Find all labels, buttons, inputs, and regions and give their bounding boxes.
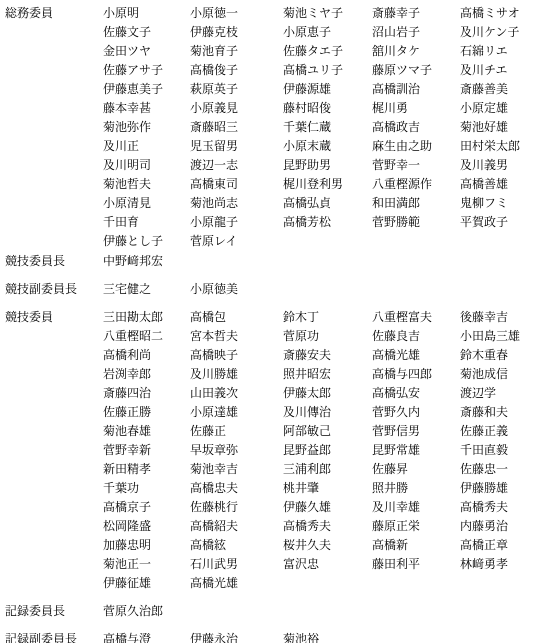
member-name: 高橋秀夫 — [460, 498, 548, 517]
member-name: 伊藤源雄 — [283, 80, 372, 99]
member-name: 及川幸雄 — [372, 498, 460, 517]
member-name: 小原徳美 — [190, 280, 283, 299]
member-name: 梶川勇 — [372, 99, 460, 118]
member-name: 佐藤正勝 — [103, 403, 190, 422]
member-name: 高橋利尚 — [103, 346, 190, 365]
member-name: 藤村昭俊 — [283, 99, 372, 118]
member-name: 児玉留男 — [190, 137, 283, 156]
member-name: 松岡隆盛 — [103, 517, 190, 536]
member-name: 高橋弘貞 — [283, 194, 372, 213]
name-column: 斎藤幸子沼山岩子舘川タケ藤原ツマ子高橋訓治梶川勇高橋政吉麻生由之助菅野幸一八重樫… — [372, 4, 460, 232]
section-label: 記録副委員長 — [5, 630, 103, 643]
member-name: 高橋新 — [372, 536, 460, 555]
member-name: 三宅健之 — [103, 280, 190, 299]
member-name: 三田勘太郎 — [103, 308, 190, 327]
member-name: 及川傳治 — [283, 403, 372, 422]
member-name: 伊藤征雄 — [103, 574, 190, 593]
member-name: 小原明 — [103, 4, 190, 23]
member-name: 沼山岩子 — [372, 23, 460, 42]
member-name: 小原徳一 — [190, 4, 283, 23]
member-name: 千田育 — [103, 213, 190, 232]
member-name: 田村栄太郎 — [460, 137, 548, 156]
member-name: 渡辺学 — [460, 384, 548, 403]
member-name: 小原清見 — [103, 194, 190, 213]
member-name: 菊池幸吉 — [190, 460, 283, 479]
member-name: 小田島三雄 — [460, 327, 548, 346]
member-name: 藤原ツマ子 — [372, 61, 460, 80]
name-column: 鈴木丁菅原功斎藤安夫照井昭宏伊藤太郎及川傳治阿部敏己昆野益郎三浦利郎桃井肇伊藤久… — [283, 308, 372, 574]
member-name: 佐藤正 — [190, 422, 283, 441]
member-name: 高橋善雄 — [460, 175, 548, 194]
member-name: 高橋訓治 — [372, 80, 460, 99]
name-column: 小原徳美 — [190, 280, 283, 299]
member-name: 高橋政吉 — [372, 118, 460, 137]
member-name: 及川明司 — [103, 156, 190, 175]
member-name: 高橋絃 — [190, 536, 283, 555]
committee-roster: 総務委員小原明佐藤文子金田ツヤ佐藤アサ子伊藤恵美子藤本幸甚菊池弥作及川正及川明司… — [0, 0, 548, 643]
member-name: 菅野幸一 — [372, 156, 460, 175]
member-name: 高橋俊子 — [190, 61, 283, 80]
member-name: 石綿リエ — [460, 42, 548, 61]
name-column: 菊池裕 — [283, 630, 372, 643]
member-name: 渡辺一志 — [190, 156, 283, 175]
member-name: 菊池弥作 — [103, 118, 190, 137]
name-column: 小原徳一伊藤克枝菊池育子高橋俊子萩原英子小原義見斎藤昭三児玉留男渡辺一志高橋東司… — [190, 4, 283, 251]
member-name: 小原義見 — [190, 99, 283, 118]
member-name: 佐藤アサ子 — [103, 61, 190, 80]
member-name: 高橋包 — [190, 308, 283, 327]
section-label: 記録委員長 — [5, 602, 103, 621]
member-name: 菅原久治郎 — [103, 602, 190, 621]
member-name: 高橋光雄 — [190, 574, 283, 593]
member-name: 及川勝雄 — [190, 365, 283, 384]
member-name: 伊藤太郎 — [283, 384, 372, 403]
member-name: 高橋忠夫 — [190, 479, 283, 498]
name-column: 高橋ミサオ及川ケン子石綿リエ及川チエ斎藤善美小原定雄菊池好雄田村栄太郎及川義男高… — [460, 4, 548, 232]
member-name: 菊池育子 — [190, 42, 283, 61]
member-name: 新田精孝 — [103, 460, 190, 479]
member-name: 八重樫富夫 — [372, 308, 460, 327]
roster-section: 競技委員三田勘太郎八重樫昭二高橋利尚岩渕幸郎斎藤四治佐藤正勝菊池春雄菅野幸新新田… — [5, 308, 548, 593]
name-column: 菊池ミヤ子小原恵子佐藤タエ子高橋ユリ子伊藤源雄藤村昭俊千葉仁蔵小原末蔵昆野助男梶… — [283, 4, 372, 232]
name-column: 後藤幸吉小田島三雄鈴木重春菊池成信渡辺学斎藤和夫佐藤正義千田直毅佐藤忠一伊藤勝雄… — [460, 308, 548, 574]
member-name: 鈴木重春 — [460, 346, 548, 365]
member-name: 及川正 — [103, 137, 190, 156]
member-name: 萩原英子 — [190, 80, 283, 99]
member-name: 小原定雄 — [460, 99, 548, 118]
member-name: 藤原正栄 — [372, 517, 460, 536]
member-name: 林﨑勇孝 — [460, 555, 548, 574]
member-name: 伊藤克枝 — [190, 23, 283, 42]
member-name: 菊池成信 — [460, 365, 548, 384]
name-column: 高橋与澄 — [103, 630, 190, 643]
roster-section: 競技委員長中野﨑邦宏 — [5, 252, 548, 271]
member-name: 昆野益郎 — [283, 441, 372, 460]
member-name: 高橋弘安 — [372, 384, 460, 403]
member-name: 早坂章弥 — [190, 441, 283, 460]
roster-section: 競技副委員長三宅健之小原徳美 — [5, 280, 548, 299]
member-name: 佐藤正義 — [460, 422, 548, 441]
name-column: 菅原久治郎 — [103, 602, 190, 621]
member-name: 菊池哲夫 — [103, 175, 190, 194]
member-name: 高橋芳松 — [283, 213, 372, 232]
member-name: 桜井久夫 — [283, 536, 372, 555]
member-name: 千葉仁蔵 — [283, 118, 372, 137]
member-name: 八重樫昭二 — [103, 327, 190, 346]
member-name: 斎藤善美 — [460, 80, 548, 99]
member-name: 佐藤文子 — [103, 23, 190, 42]
member-name: 阿部敏己 — [283, 422, 372, 441]
member-name: 伊藤勝雄 — [460, 479, 548, 498]
member-name: 藤本幸甚 — [103, 99, 190, 118]
member-name: 高橋東司 — [190, 175, 283, 194]
name-column: 伊藤永治 — [190, 630, 283, 643]
member-name: 梶川登利男 — [283, 175, 372, 194]
section-label: 競技委員長 — [5, 252, 103, 271]
member-name: 菊池尚志 — [190, 194, 283, 213]
member-name: 岩渕幸郎 — [103, 365, 190, 384]
roster-section: 記録副委員長高橋与澄伊藤永治菊池裕 — [5, 630, 548, 643]
member-name: 斎藤和夫 — [460, 403, 548, 422]
member-name: 藤田利平 — [372, 555, 460, 574]
section-label: 競技副委員長 — [5, 280, 103, 299]
roster-section: 記録委員長菅原久治郎 — [5, 602, 548, 621]
member-name: 三浦利郎 — [283, 460, 372, 479]
member-name: 斎藤四治 — [103, 384, 190, 403]
member-name: 及川ケン子 — [460, 23, 548, 42]
member-name: 菅原功 — [283, 327, 372, 346]
member-name: 高橋与澄 — [103, 630, 190, 643]
member-name: 高橋京子 — [103, 498, 190, 517]
name-column: 中野﨑邦宏 — [103, 252, 190, 271]
member-name: 昆野助男 — [283, 156, 372, 175]
member-name: 佐藤桃行 — [190, 498, 283, 517]
member-name: 八重樫源作 — [372, 175, 460, 194]
name-column: 高橋包宮本哲夫高橋映子及川勝雄山田義次小原達雄佐藤正早坂章弥菊池幸吉高橋忠夫佐藤… — [190, 308, 283, 593]
member-name: 菊池正一 — [103, 555, 190, 574]
member-name: 斎藤幸子 — [372, 4, 460, 23]
member-name: 高橋ミサオ — [460, 4, 548, 23]
member-name: 小原達雄 — [190, 403, 283, 422]
member-name: 佐藤良吉 — [372, 327, 460, 346]
member-name: 伊藤恵美子 — [103, 80, 190, 99]
member-name: 佐藤昇 — [372, 460, 460, 479]
member-name: 山田義次 — [190, 384, 283, 403]
member-name: 石川武男 — [190, 555, 283, 574]
member-name: 平賀政子 — [460, 213, 548, 232]
member-name: 千葉功 — [103, 479, 190, 498]
member-name: 菊池ミヤ子 — [283, 4, 372, 23]
member-name: 菊池裕 — [283, 630, 372, 643]
member-name: 宮本哲夫 — [190, 327, 283, 346]
member-name: 和田満郎 — [372, 194, 460, 213]
section-label: 競技委員 — [5, 308, 103, 327]
member-name: 斎藤安夫 — [283, 346, 372, 365]
member-name: 及川義男 — [460, 156, 548, 175]
member-name: 小原恵子 — [283, 23, 372, 42]
member-name: 高橋正章 — [460, 536, 548, 555]
member-name: 小原末蔵 — [283, 137, 372, 156]
name-column: 三田勘太郎八重樫昭二高橋利尚岩渕幸郎斎藤四治佐藤正勝菊池春雄菅野幸新新田精孝千葉… — [103, 308, 190, 593]
roster-section: 総務委員小原明佐藤文子金田ツヤ佐藤アサ子伊藤恵美子藤本幸甚菊池弥作及川正及川明司… — [5, 4, 548, 251]
member-name: 麻生由之助 — [372, 137, 460, 156]
member-name: 金田ツヤ — [103, 42, 190, 61]
member-name: 菅野信男 — [372, 422, 460, 441]
member-name: 昆野常雄 — [372, 441, 460, 460]
member-name: 千田直毅 — [460, 441, 548, 460]
member-name: 斎藤昭三 — [190, 118, 283, 137]
member-name: 後藤幸吉 — [460, 308, 548, 327]
member-name: 菅野幸新 — [103, 441, 190, 460]
member-name: 伊藤久雄 — [283, 498, 372, 517]
member-name: 高橋与四郎 — [372, 365, 460, 384]
member-name: 高橋光雄 — [372, 346, 460, 365]
name-column: 三宅健之 — [103, 280, 190, 299]
member-name: 及川チエ — [460, 61, 548, 80]
member-name: 高橋映子 — [190, 346, 283, 365]
member-name: 伊藤とし子 — [103, 232, 190, 251]
member-name: 小原龍子 — [190, 213, 283, 232]
member-name: 菅原レイ — [190, 232, 283, 251]
member-name: 照井昭宏 — [283, 365, 372, 384]
member-name: 加藤忠明 — [103, 536, 190, 555]
member-name: 高橋秀夫 — [283, 517, 372, 536]
member-name: 舘川タケ — [372, 42, 460, 61]
member-name: 照井勝 — [372, 479, 460, 498]
member-name: 中野﨑邦宏 — [103, 252, 190, 271]
member-name: 伊藤永治 — [190, 630, 283, 643]
member-name: 桃井肇 — [283, 479, 372, 498]
member-name: 鬼柳フミ — [460, 194, 548, 213]
member-name: 菅野勝範 — [372, 213, 460, 232]
member-name: 富沢忠 — [283, 555, 372, 574]
member-name: 佐藤忠一 — [460, 460, 548, 479]
member-name: 佐藤タエ子 — [283, 42, 372, 61]
member-name: 鈴木丁 — [283, 308, 372, 327]
name-column: 小原明佐藤文子金田ツヤ佐藤アサ子伊藤恵美子藤本幸甚菊池弥作及川正及川明司菊池哲夫… — [103, 4, 190, 251]
name-column: 八重樫富夫佐藤良吉高橋光雄高橋与四郎高橋弘安菅野久内菅野信男昆野常雄佐藤昇照井勝… — [372, 308, 460, 574]
member-name: 内藤勇治 — [460, 517, 548, 536]
member-name: 菊池春雄 — [103, 422, 190, 441]
member-name: 高橋ユリ子 — [283, 61, 372, 80]
member-name: 菅野久内 — [372, 403, 460, 422]
member-name: 菊池好雄 — [460, 118, 548, 137]
section-label: 総務委員 — [5, 4, 103, 23]
member-name: 高橋紹夫 — [190, 517, 283, 536]
